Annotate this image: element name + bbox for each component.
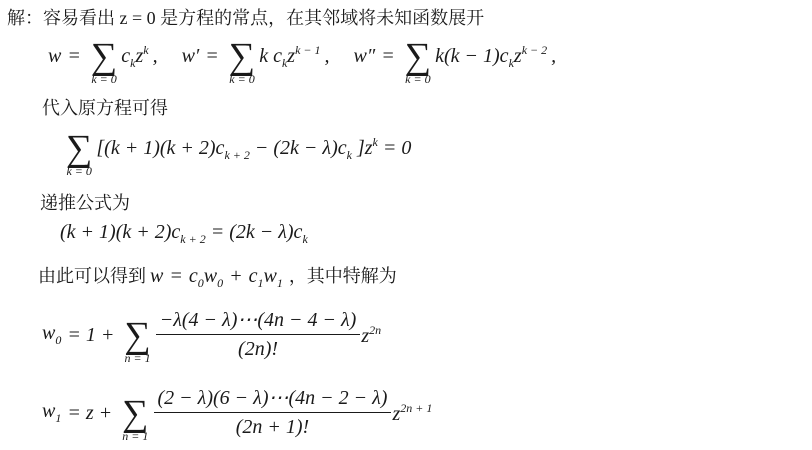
sum-lower-limit: n = 1 (124, 351, 150, 366)
sum-lower-limit: k = 0 (229, 72, 254, 87)
recurrence-equation: (k + 1)(k + 2)ck + 2 = (2k − λ)ck (60, 221, 308, 247)
equals-sign: = (67, 45, 81, 68)
exponent-2n: 2n (369, 323, 381, 337)
w1-subscript: 1 (277, 276, 283, 290)
exponent: k (143, 43, 148, 57)
denominator: (2n)! (156, 334, 361, 361)
lhs-w0: w0 (42, 322, 61, 348)
equals-z-plus: = z + (67, 402, 112, 425)
bracketed-summand: [(k + 1)(k + 2)ck + 2 − (2k − λ)ck ]zk =… (96, 135, 411, 163)
power-term: z2n + 1 (392, 401, 432, 426)
conclusion-prefix: 由此可以得到 (38, 266, 146, 286)
conclusion-line: 由此可以得到w=c0w0+c1w1，其中特解为 (38, 263, 397, 291)
numerator: (2 − λ)(6 − λ)⋯(4n − 2 − λ) (154, 387, 392, 412)
recurrence-relation: (k + 1)(k + 2)ck + 2 = (2k − λ)ck (60, 221, 308, 247)
factor: k (259, 45, 273, 67)
exponent-2n-plus-1: 2n + 1 (400, 401, 432, 415)
var-w-double-prime: w″ (354, 45, 376, 68)
var-w: w (150, 265, 163, 287)
lhs: (k + 1)(k + 2)c (60, 221, 180, 243)
w0: w (204, 265, 217, 287)
general-solution-expression: w=c0w0+c1w1 (150, 265, 283, 287)
sigma-symbol: ∑ (405, 38, 431, 75)
recurrence-line: 递推公式为 (40, 191, 130, 215)
sigma-symbol: ∑ (91, 38, 117, 75)
equals-sign: = (205, 45, 219, 68)
coefficient: c (500, 45, 509, 67)
summation: ∑ n = 1 (122, 395, 148, 432)
sigma-symbol: ∑ (229, 38, 255, 75)
lhs-w1: w1 (42, 400, 61, 426)
separator-comma: , (551, 45, 556, 68)
subscript-0: 0 (55, 333, 61, 347)
c0: c (189, 265, 198, 287)
summand-w-double-prime: k(k − 1)ckzk − 2 (435, 43, 547, 71)
exponent: k − 1 (295, 43, 320, 57)
equals-one-plus: = 1 + (67, 324, 114, 347)
var-w-prime: w′ (182, 45, 200, 68)
power-term: z2n (361, 323, 381, 348)
separator-comma: , (153, 45, 158, 68)
sum-lower-limit: k = 0 (66, 164, 91, 179)
w0-subscript: 0 (217, 276, 223, 290)
series-expansion-equation: w = ∑ k = 0 ckzk , w′ = ∑ k = 0 k ckzk −… (48, 38, 558, 75)
sigma-symbol: ∑ (124, 317, 150, 354)
equals-zero: = 0 (378, 137, 412, 159)
sigma-symbol: ∑ (66, 130, 92, 167)
summation: ∑ n = 1 (124, 317, 150, 354)
summation-w-double-prime: ∑ k = 0 (405, 38, 431, 75)
subscript-1: 1 (55, 411, 61, 425)
close-bracket-z: ]z (352, 137, 373, 159)
sum-lower-limit: n = 1 (122, 429, 148, 444)
subscript-k: k (302, 232, 307, 246)
particular-solution-w1-equation: w1 = z + ∑ n = 1 (2 − λ)(6 − λ)⋯(4n − 2 … (42, 387, 432, 439)
w1: w (263, 265, 276, 287)
sigma-symbol: ∑ (122, 395, 148, 432)
middle-term: − (2k − λ)c (250, 137, 347, 159)
summand-w: ckzk (121, 43, 148, 71)
separator-comma: , (325, 45, 330, 68)
summation: ∑ k = 0 (66, 130, 92, 167)
summation-w: ∑ k = 0 (91, 38, 117, 75)
var-w: w (48, 45, 61, 68)
numerator: −λ(4 − λ)⋯(4n − 4 − λ) (156, 309, 361, 334)
coefficient: c (121, 45, 130, 67)
equals-sign: = (169, 265, 183, 287)
rhs: = (2k − λ)c (206, 221, 303, 243)
open-bracket-term: [(k + 1)(k + 2)c (96, 137, 224, 159)
conclusion-suffix: ，其中特解为 (289, 266, 397, 286)
denominator: (2n + 1)! (154, 412, 392, 439)
plus-sign: + (229, 265, 243, 287)
particular-solution-w0-equation: w0 = 1 + ∑ n = 1 −λ(4 − λ)⋯(4n − 4 − λ) … (42, 309, 381, 361)
sum-lower-limit: k = 0 (405, 72, 430, 87)
intro-line: 解：容易看出 z = 0 是方程的常点，在其邻域将未知函数展开 (7, 6, 484, 30)
subscript-k-plus-2: k + 2 (224, 148, 249, 162)
base-z: z (361, 325, 369, 347)
var-w: w (42, 322, 55, 344)
equals-sign: = (381, 45, 395, 68)
var-w: w (42, 400, 55, 422)
factor: k(k − 1) (435, 45, 500, 67)
base-z: z (514, 45, 522, 67)
summand-w-prime: k ckzk − 1 (259, 43, 320, 71)
substitute-line: 代入原方程可得 (42, 96, 168, 120)
summation-w-prime: ∑ k = 0 (229, 38, 255, 75)
base-z: z (287, 45, 295, 67)
exponent: k − 2 (522, 43, 547, 57)
math-solution-document: 解：容易看出 z = 0 是方程的常点，在其邻域将未知函数展开 w = ∑ k … (0, 0, 812, 450)
sum-lower-limit: k = 0 (91, 72, 116, 87)
fraction: (2 − λ)(6 − λ)⋯(4n − 2 − λ) (2n + 1)! (154, 387, 392, 439)
coefficient: c (273, 45, 282, 67)
fraction: −λ(4 − λ)⋯(4n − 4 − λ) (2n)! (156, 309, 361, 361)
substituted-series-equation: ∑ k = 0 [(k + 1)(k + 2)ck + 2 − (2k − λ)… (62, 130, 411, 167)
subscript-k-plus-2: k + 2 (180, 232, 205, 246)
